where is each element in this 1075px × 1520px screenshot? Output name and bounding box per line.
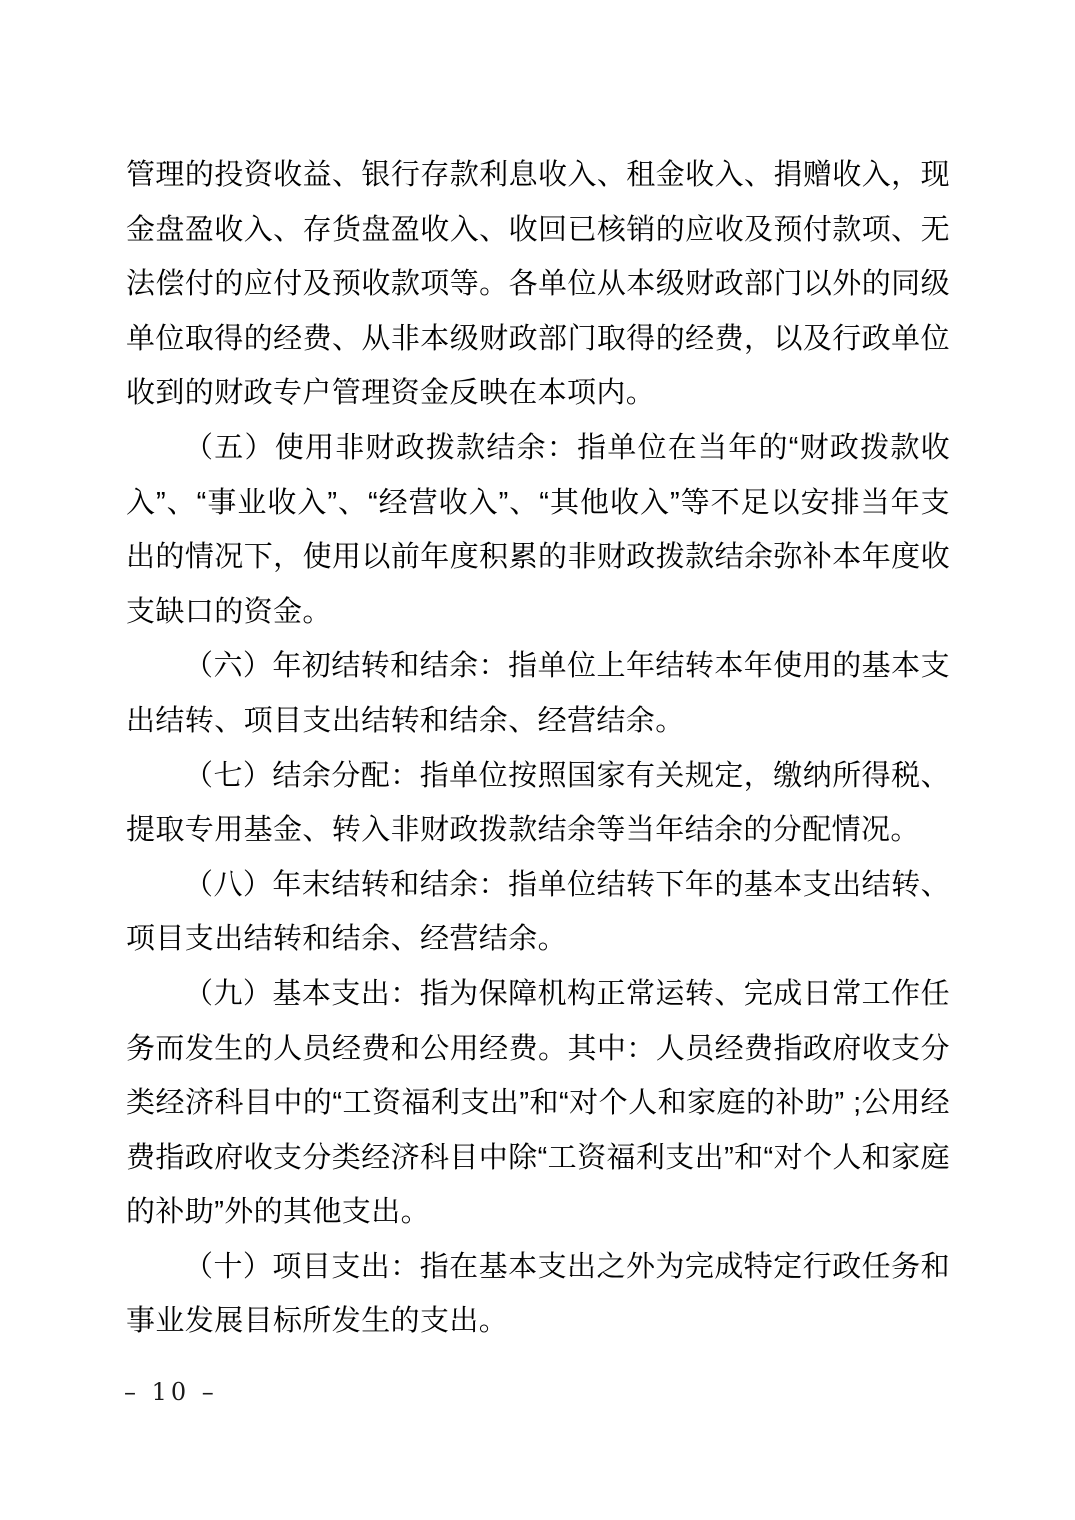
document-page: 管理的投资收益、银行存款利息收入、租金收入、捐赠收入，现金盘盈收入、存货盘盈收入… — [0, 0, 1075, 1520]
body-paragraph-continuation: 管理的投资收益、银行存款利息收入、租金收入、捐赠收入，现金盘盈收入、存货盘盈收入… — [126, 148, 950, 421]
body-paragraph-item-5: （五）使用非财政拨款结余：指单位在当年的“财政拨款收入”、“事业收入”、“经营收… — [126, 421, 950, 639]
body-paragraph-item-9: （九）基本支出：指为保障机构正常运转、完成日常工作任务而发生的人员经费和公用经费… — [126, 967, 950, 1240]
page-number: – 10 – — [124, 1378, 218, 1406]
body-text-block: 管理的投资收益、银行存款利息收入、租金收入、捐赠收入，现金盘盈收入、存货盘盈收入… — [126, 148, 950, 1349]
body-paragraph-item-6: （六）年初结转和结余：指单位上年结转本年使用的基本支出结转、项目支出结转和结余、… — [126, 639, 950, 748]
body-paragraph-item-10: （十）项目支出：指在基本支出之外为完成特定行政任务和事业发展目标所发生的支出。 — [126, 1240, 950, 1349]
body-paragraph-item-8: （八）年末结转和结余：指单位结转下年的基本支出结转、项目支出结转和结余、经营结余… — [126, 858, 950, 967]
body-paragraph-item-7: （七）结余分配：指单位按照国家有关规定，缴纳所得税、提取专用基金、转入非财政拨款… — [126, 749, 950, 858]
